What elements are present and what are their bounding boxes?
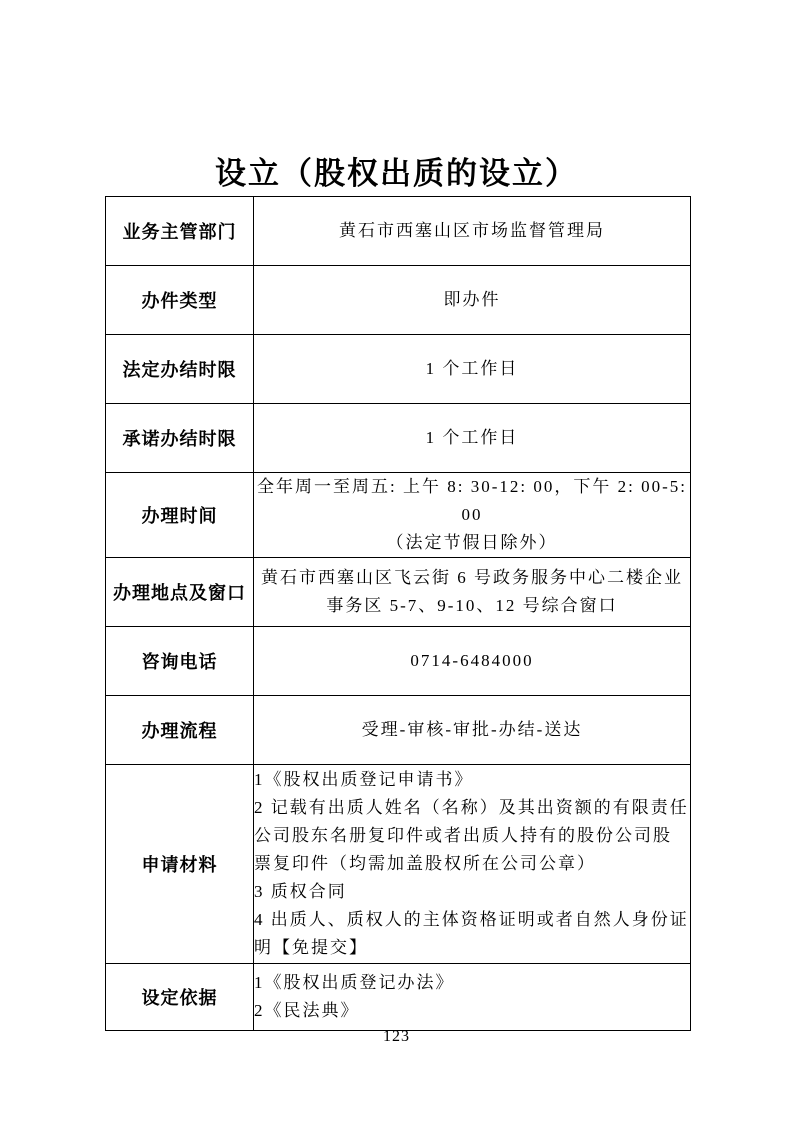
row-label: 法定办结时限 — [106, 335, 254, 404]
service-info-table: 业务主管部门 黄石市西塞山区市场监督管理局 办件类型 即办件 法定办结时限 1 … — [105, 196, 691, 1031]
basis-item: 2《民法典》 — [254, 997, 690, 1025]
row-value: 受理-审核-审批-办结-送达 — [254, 696, 691, 765]
row-label: 办理地点及窗口 — [106, 558, 254, 627]
row-label: 咨询电话 — [106, 627, 254, 696]
table-row-location-window: 办理地点及窗口 黄石市西塞山区飞云街 6 号政务服务中心二楼企业 事务区 5-7… — [106, 558, 691, 627]
row-value: 黄石市西塞山区市场监督管理局 — [254, 197, 691, 266]
table-row-department: 业务主管部门 黄石市西塞山区市场监督管理局 — [106, 197, 691, 266]
page-number: 123 — [0, 1028, 793, 1046]
row-value: 1《股权出质登记申请书》 2 记载有出质人姓名（名称）及其出资额的有限责任公司股… — [254, 765, 691, 964]
table-row-phone: 咨询电话 0714-6484000 — [106, 627, 691, 696]
row-label: 办理时间 — [106, 473, 254, 558]
row-value: 1 个工作日 — [254, 335, 691, 404]
table-row-application-materials: 申请材料 1《股权出质登记申请书》 2 记载有出质人姓名（名称）及其出资额的有限… — [106, 765, 691, 964]
document-page: 设立（股权出质的设立） 业务主管部门 黄石市西塞山区市场监督管理局 办件类型 即… — [0, 0, 793, 1122]
row-label: 业务主管部门 — [106, 197, 254, 266]
row-label: 设定依据 — [106, 964, 254, 1031]
table-row-office-hours: 办理时间 全年周一至周五: 上午 8: 30-12: 00，下午 2: 00-5… — [106, 473, 691, 558]
table-row-statutory-time-limit: 法定办结时限 1 个工作日 — [106, 335, 691, 404]
material-item: 4 出质人、质权人的主体资格证明或者自然人身份证明【免提交】 — [254, 906, 690, 962]
material-item: 1《股权出质登记申请书》 — [254, 766, 690, 794]
material-item: 2 记载有出质人姓名（名称）及其出资额的有限责任公司股东名册复印件或者出质人持有… — [254, 794, 690, 878]
value-line: 事务区 5-7、9-10、12 号综合窗口 — [254, 592, 690, 620]
basis-item: 1《股权出质登记办法》 — [254, 969, 690, 997]
page-title: 设立（股权出质的设立） — [0, 148, 793, 193]
row-value: 全年周一至周五: 上午 8: 30-12: 00，下午 2: 00-5: 00 … — [254, 473, 691, 558]
row-value: 0714-6484000 — [254, 627, 691, 696]
value-line: 黄石市西塞山区飞云街 6 号政务服务中心二楼企业 — [254, 564, 690, 592]
table-row-item-type: 办件类型 即办件 — [106, 266, 691, 335]
material-item: 3 质权合同 — [254, 878, 690, 906]
value-line: （法定节假日除外） — [254, 529, 690, 557]
table-row-legal-basis: 设定依据 1《股权出质登记办法》 2《民法典》 — [106, 964, 691, 1031]
row-label: 办理流程 — [106, 696, 254, 765]
table-row-promised-time-limit: 承诺办结时限 1 个工作日 — [106, 404, 691, 473]
row-value: 即办件 — [254, 266, 691, 335]
row-value: 1 个工作日 — [254, 404, 691, 473]
row-value: 黄石市西塞山区飞云街 6 号政务服务中心二楼企业 事务区 5-7、9-10、12… — [254, 558, 691, 627]
row-label: 办件类型 — [106, 266, 254, 335]
row-label: 申请材料 — [106, 765, 254, 964]
table-row-process: 办理流程 受理-审核-审批-办结-送达 — [106, 696, 691, 765]
row-value: 1《股权出质登记办法》 2《民法典》 — [254, 964, 691, 1031]
row-label: 承诺办结时限 — [106, 404, 254, 473]
value-line: 全年周一至周五: 上午 8: 30-12: 00，下午 2: 00-5: 00 — [254, 473, 690, 529]
